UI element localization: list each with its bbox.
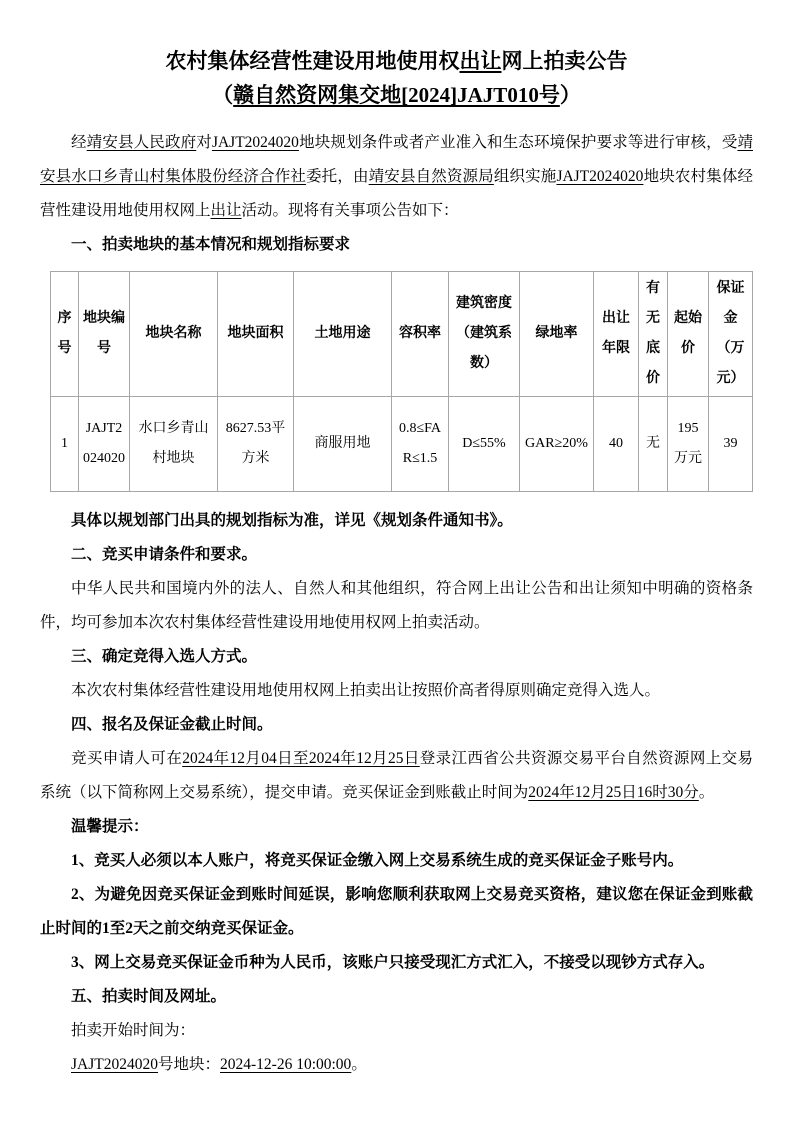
section2-heading: 二、竞买申请条件和要求。 xyxy=(40,538,753,572)
header-cell-green-rate: 绿地率 xyxy=(520,272,594,397)
text-segment: JAJT2024020 xyxy=(556,168,643,185)
section1-heading: 一、拍卖地块的基本情况和规划指标要求 xyxy=(40,228,753,262)
header-cell-land-use: 土地用途 xyxy=(294,272,392,397)
text-segment: 赣自然资网集交地[2024]JAJT010号 xyxy=(233,83,560,107)
section4-heading: 四、报名及保证金截止时间。 xyxy=(40,708,753,742)
text-segment: 组织实施 xyxy=(494,168,557,185)
header-cell-area: 地块面积 xyxy=(218,272,294,397)
cell-parcel-name: 水口乡青山村地块 xyxy=(130,397,218,492)
header-cell-term: 出让年限 xyxy=(594,272,639,397)
section5-heading: 五、拍卖时间及网址。 xyxy=(40,980,753,1014)
text-segment: 地块规划条件或者产业准入和生态环境保护要求等进行审核，受 xyxy=(299,134,738,151)
header-cell-start-price: 起始价 xyxy=(668,272,709,397)
section4-paragraph: 竞买申请人可在2024年12月04日至2024年12月25日登录江西省公共资源交… xyxy=(40,742,753,810)
text-segment: 竞买申请人可在 xyxy=(71,750,182,767)
section2-paragraph: 中华人民共和国境内外的法人、自然人和其他组织，符合网上出让公告和出让须知中明确的… xyxy=(40,572,753,640)
text-segment: 农村集体经营性建设用地使用权 xyxy=(166,49,460,73)
header-cell-density: 建筑密度（建筑系数） xyxy=(449,272,520,397)
text-segment: 网上拍卖公告 xyxy=(502,49,628,73)
text-segment: ） xyxy=(560,83,581,107)
cell-reserve: 无 xyxy=(639,397,668,492)
text-segment: 委托，由 xyxy=(306,168,369,185)
text-segment: JAJT2024020 xyxy=(71,1056,158,1073)
text-segment: 2024年12月04日至2024年12月25日 xyxy=(182,750,420,767)
cell-far: 0.8≤FAR≤1.5 xyxy=(392,397,449,492)
header-cell-far: 容积率 xyxy=(392,272,449,397)
land-parcel-table: 序号 地块编号 地块名称 地块面积 土地用途 容积率 建筑密度（建筑系数） 绿地… xyxy=(50,271,753,492)
text-segment: 2024年12月25日16时30分 xyxy=(528,784,699,801)
text-segment: 。 xyxy=(351,1056,367,1073)
auction-start-time: JAJT2024020号地块：2024-12-26 10:00:00。 xyxy=(40,1048,753,1082)
cell-area: 8627.53平方米 xyxy=(218,397,294,492)
section3-heading: 三、确定竞得入选人方式。 xyxy=(40,640,753,674)
document-title-line1: 农村集体经营性建设用地使用权出让网上拍卖公告 xyxy=(40,44,753,78)
cell-land-use: 商服用地 xyxy=(294,397,392,492)
text-segment: 经 xyxy=(71,134,87,151)
cell-density: D≤55% xyxy=(449,397,520,492)
header-cell-seq: 序号 xyxy=(51,272,79,397)
text-segment: 出让 xyxy=(460,49,502,73)
tips-heading: 温馨提示： xyxy=(40,810,753,844)
document-page: 农村集体经营性建设用地使用权出让网上拍卖公告 （赣自然资网集交地[2024]JA… xyxy=(0,0,793,1122)
header-cell-reserve: 有无底价 xyxy=(639,272,668,397)
intro-paragraph: 经靖安县人民政府对JAJT2024020地块规划条件或者产业准入和生态环境保护要… xyxy=(40,126,753,228)
cell-seq: 1 xyxy=(51,397,79,492)
tip-item-3: 3、网上交易竞买保证金币种为人民币，该账户只接受现汇方式汇入，不接受以现钞方式存… xyxy=(40,946,753,980)
tip-item-2: 2、为避免因竞买保证金到账时间延误，影响您顺利获取网上交易竞买资格，建议您在保证… xyxy=(40,878,753,946)
text-segment: JAJT2024020 xyxy=(212,134,299,151)
cell-deposit: 39 xyxy=(709,397,753,492)
cell-term: 40 xyxy=(594,397,639,492)
text-segment: 号地块： xyxy=(158,1056,220,1073)
text-segment: 2024-12-26 10:00:00 xyxy=(220,1056,351,1073)
cell-green-rate: GAR≥20% xyxy=(520,397,594,492)
tip-item-1: 1、竞买人必须以本人账户，将竞买保证金缴入网上交易系统生成的竞买保证金子账号内。 xyxy=(40,844,753,878)
table-header-row: 序号 地块编号 地块名称 地块面积 土地用途 容积率 建筑密度（建筑系数） 绿地… xyxy=(51,272,753,397)
section1-note: 具体以规划部门出具的规划指标为准，详见《规划条件通知书》。 xyxy=(40,504,753,538)
text-segment: （ xyxy=(212,83,233,107)
text-segment: 对 xyxy=(196,134,212,151)
section3-paragraph: 本次农村集体经营性建设用地使用权网上拍卖出让按照价高者得原则确定竞得入选人。 xyxy=(40,674,753,708)
header-cell-parcel-name: 地块名称 xyxy=(130,272,218,397)
text-segment: 。 xyxy=(699,784,715,801)
document-title-line2: （赣自然资网集交地[2024]JAJT010号） xyxy=(40,78,753,112)
text-segment: 活动。现将有关事项公告如下： xyxy=(242,202,459,219)
text-segment: 靖安县人民政府 xyxy=(87,134,197,151)
header-cell-parcel-no: 地块编号 xyxy=(79,272,130,397)
auction-start-label: 拍卖开始时间为： xyxy=(40,1014,753,1048)
text-segment: 出让 xyxy=(211,202,242,219)
cell-parcel-no: JAJT2024020 xyxy=(79,397,130,492)
text-segment: 靖安县自然资源局 xyxy=(369,168,494,185)
cell-start-price: 195万元 xyxy=(668,397,709,492)
table-row: 1 JAJT2024020 水口乡青山村地块 8627.53平方米 商服用地 0… xyxy=(51,397,753,492)
header-cell-deposit: 保证金（万元） xyxy=(709,272,753,397)
